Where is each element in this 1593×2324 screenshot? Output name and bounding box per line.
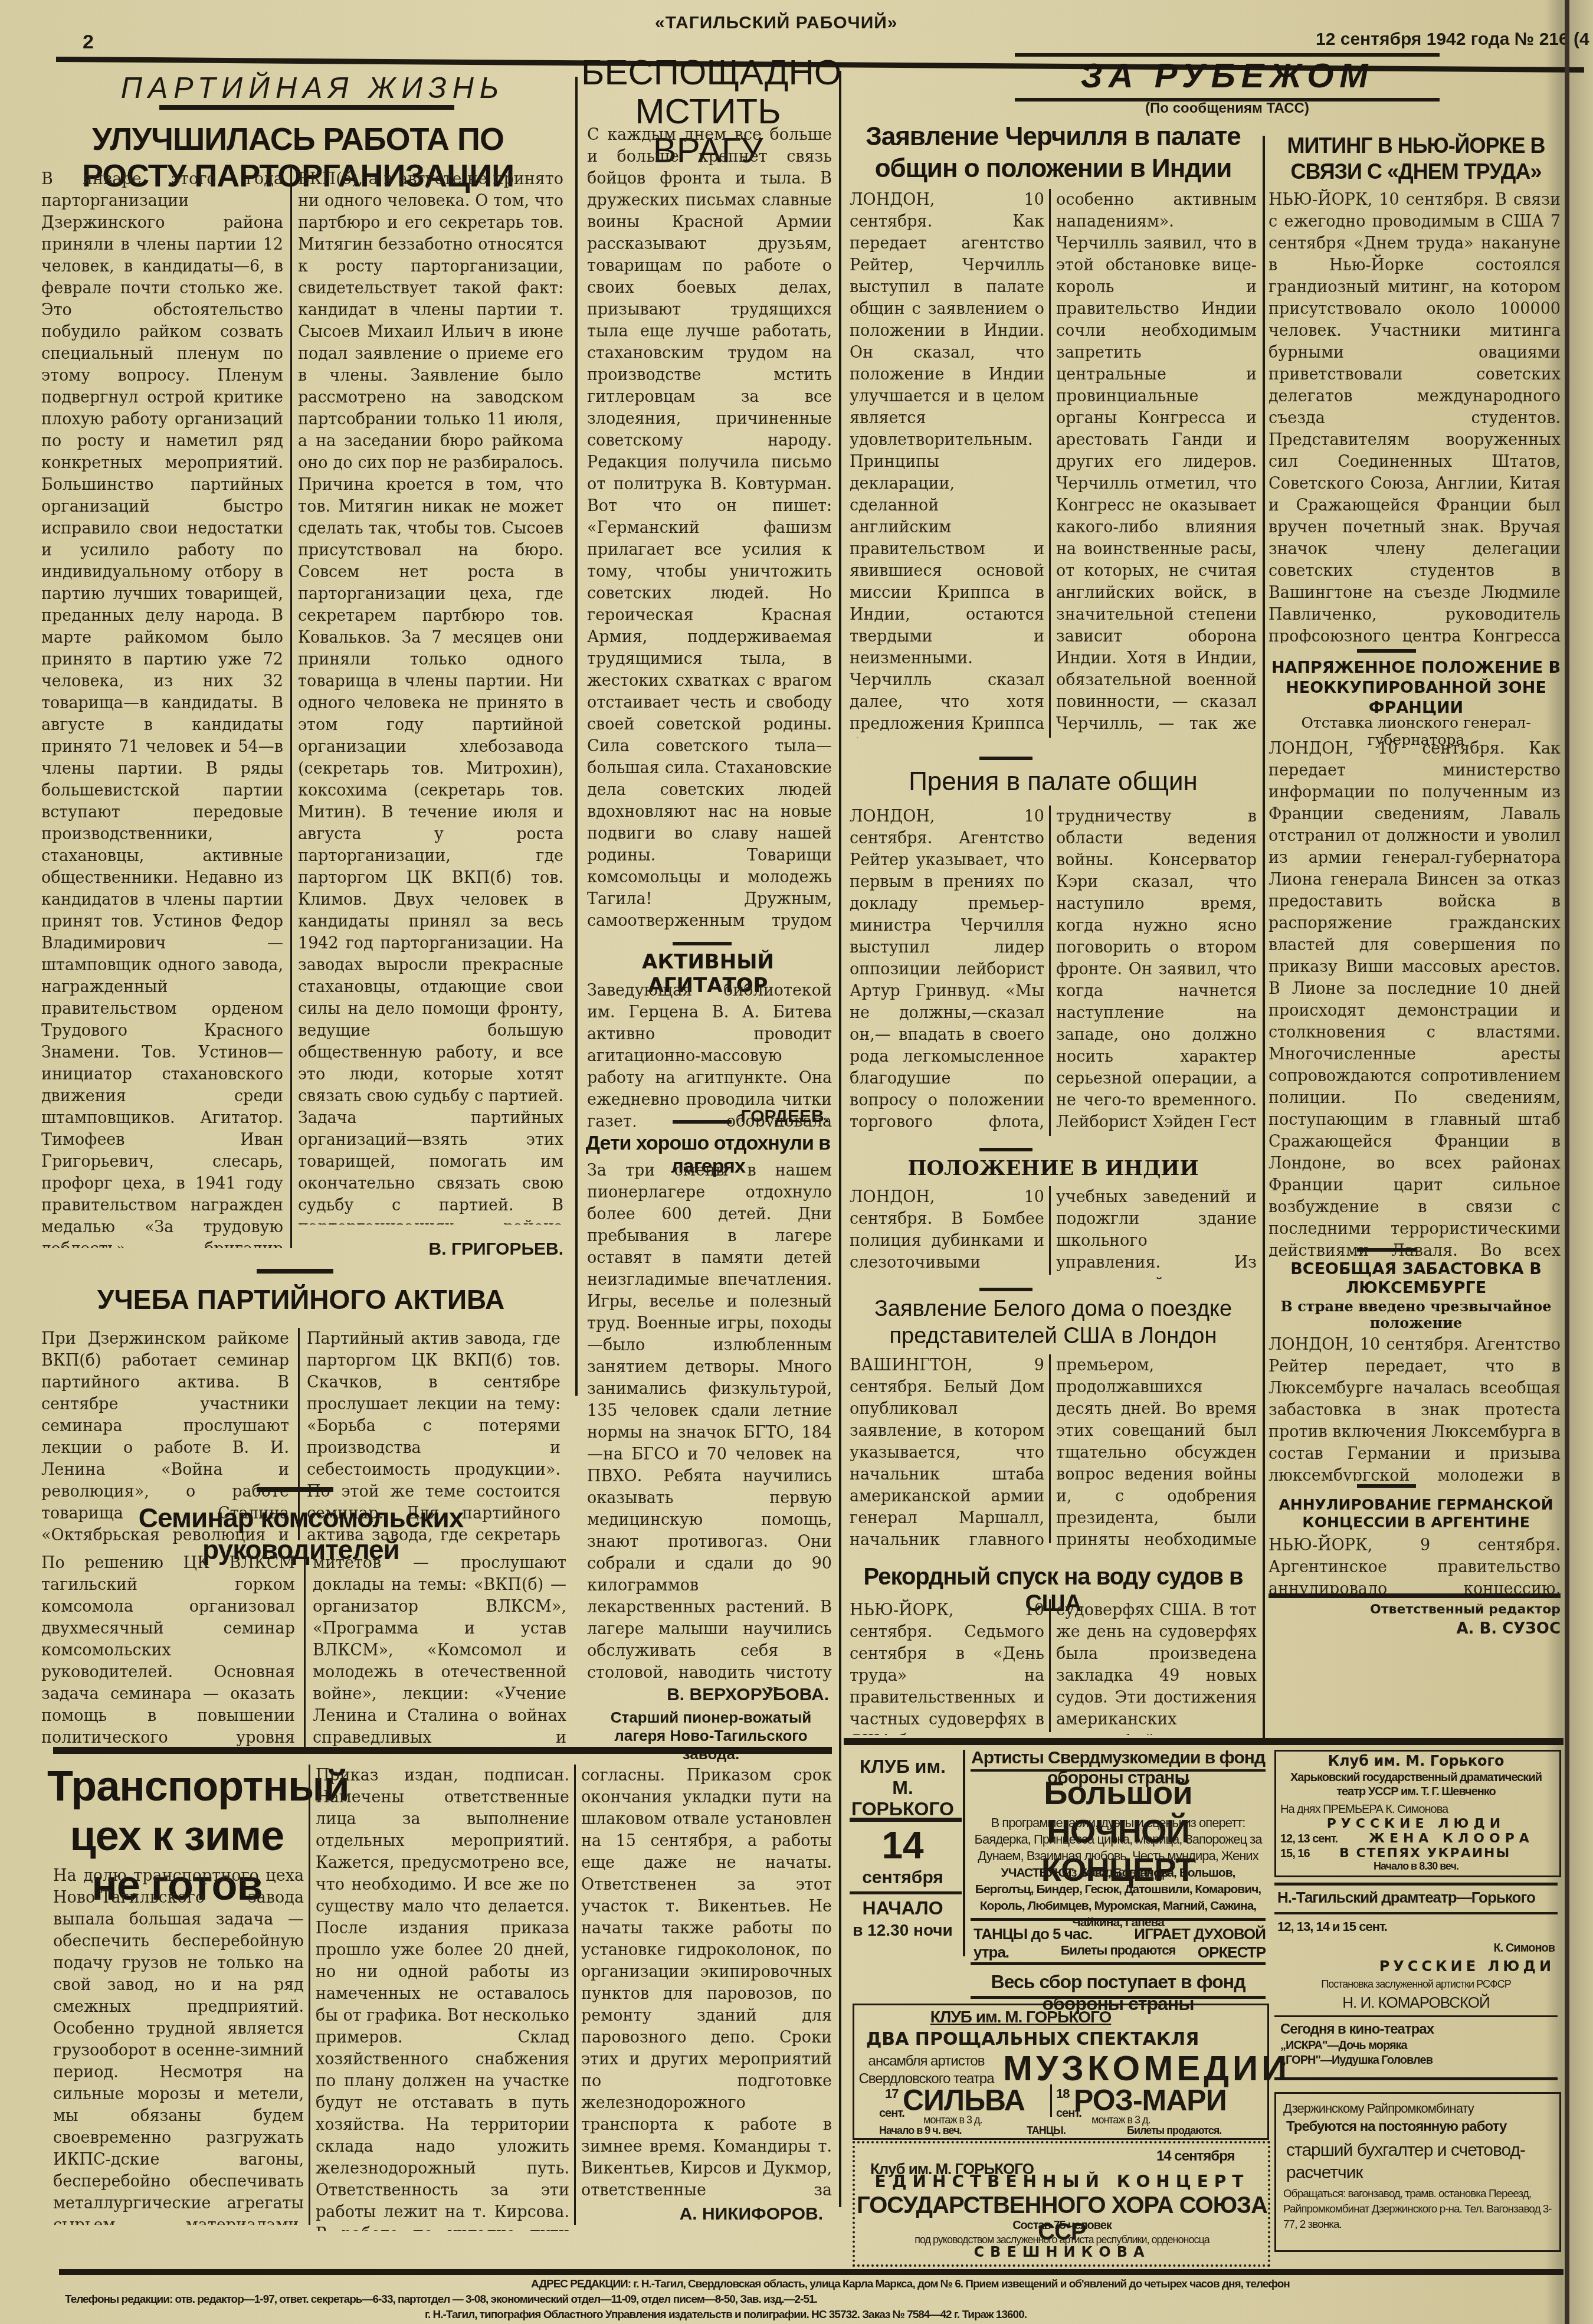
children-camp-body: За три смены в нашем пионерлагере отдохн…: [587, 1160, 832, 1691]
ad-kharkov-premiere-title: РУССКИЕ ЛЮДИ: [1277, 1816, 1555, 1831]
headline-debates: Прения в палате общин: [850, 767, 1257, 797]
section-rule: [1268, 1593, 1561, 1598]
article-divider: [979, 1148, 1032, 1151]
argentina-body: НЬЮ-ЙОРК, 9 сентября. Аргентинское прави…: [1268, 1534, 1561, 1593]
debates-col2: трудничеству в области ведения войны. Ко…: [1056, 806, 1257, 1136]
ad-muz-show2-name: РОЗ-МАРИ: [1074, 2083, 1227, 2117]
headline-france: НАПРЯЖЕННОЕ ПОЛОЖЕНИЕ В НЕОККУПИРОВАННОЙ…: [1268, 658, 1563, 718]
headline-white-house: Заявление Белого дома о поездке представ…: [850, 1295, 1257, 1350]
ad-concert-day: 14: [847, 1824, 959, 1867]
editor-label: Ответственный редактор: [1268, 1602, 1561, 1617]
paper-name: «ТАГИЛЬСКИЙ РАБОЧИЙ»: [655, 13, 897, 33]
article-divider: [979, 757, 1032, 760]
ad-choir-leader: СВЕШНИКОВА: [855, 2244, 1268, 2260]
ad-choir-title1: ЕДИНСТВЕННЫЙ КОНЦЕРТ: [855, 2172, 1268, 2191]
ad-kharkov-theatre: Харьковский государственный драматически…: [1277, 1770, 1555, 1799]
ad-concert-cast: УЧАСТВУЮТ: Бова, Богданова, Большов, Бер…: [973, 1865, 1263, 1931]
signature-grigoriev: В. ГРИГОРЬЕВ.: [298, 1239, 563, 1259]
ad-job-employer: Дзержинскому Райпромкомбинату: [1283, 2101, 1555, 2116]
column-divider: [1049, 1354, 1051, 1543]
section-rule: [844, 1738, 1563, 1745]
ad-concert-start-label: НАЧАЛО: [847, 1897, 959, 1919]
ad-muz-start: Начало в 9 ч. веч.: [879, 2125, 962, 2137]
komsomol-col1: По решению ЦК ВЛКСМ тагильский горком ко…: [41, 1552, 295, 1753]
ad-muz-title: ДВА ПРОЩАЛЬНЫХ СПЕКТАКЛЯ: [855, 2029, 1209, 2050]
ad-divider: [1050, 2084, 1052, 2117]
column-divider: [839, 71, 841, 2207]
footer-printer: г. Н.-Тагил, типография Областного Управ…: [425, 2309, 1546, 2322]
headline-ny-rally: МИТИНГ В НЬЮ-ЙОРКЕ В СВЯЗИ С «ДНЕМ ТРУДА…: [1268, 133, 1563, 185]
ad-job-contact: Обращаться: вагонзавод, трамв. остановка…: [1283, 2186, 1552, 2233]
ad-rule: [971, 1996, 1266, 1999]
ad-job-needed: Требуются на постоянную работу: [1286, 2119, 1555, 2135]
india-col1: ЛОНДОН, 10 сентября. В Бомбее полиция ду…: [850, 1186, 1044, 1281]
agitator-body: Заведующая библиотекой им. Герцена В. А.…: [587, 980, 832, 1127]
ad-rule: [850, 1818, 962, 1822]
column-divider: [574, 1765, 576, 2225]
ships-col2: судоверфях США. В тот же день на судовер…: [1056, 1599, 1257, 1735]
subhead-luxembourg: В стране введено чрезвычайное положение: [1268, 1298, 1563, 1331]
ad-rule: [850, 1891, 962, 1894]
ad-kharkov-club: Клуб им. М. Горького: [1277, 1753, 1555, 1769]
komsomol-col2: митетов — прослушают доклады на темы: «В…: [313, 1552, 566, 1753]
ad-rule: [971, 1918, 1266, 1921]
white-house-col1: ВАШИНГТОН, 9 сентября. Белый Дом опублик…: [850, 1354, 1044, 1549]
section-rule: [53, 1747, 832, 1754]
signature-verkhorubova: В. ВЕРХОРУБОВА.: [587, 1685, 829, 1705]
ad-cinema-line1: „ИСКРА"—Дочь моряка: [1280, 2039, 1558, 2053]
ny-rally-body: НЬЮ-ЙОРК, 10 сентября. В связи с ежегодн…: [1268, 189, 1561, 643]
ad-rule: [971, 1962, 1266, 1965]
ad-club-name: КЛУБ им. М. ГОРЬКОГО: [847, 1756, 959, 1819]
signature-nikiforov: А. НИКИФОРОВ.: [581, 2204, 823, 2224]
ad-kharkov-show1-title: ЖЕНА КЛООРА: [1369, 1831, 1534, 1846]
ad-muz-show2-day: 18: [1056, 2086, 1069, 2102]
page-fold: [1565, 0, 1569, 2324]
article-divider: [257, 1269, 333, 1274]
article-divider: [673, 942, 732, 945]
column-divider: [309, 1765, 310, 2225]
ad-concert-start-time: в 12.30 ночи: [847, 1921, 959, 1940]
france-body: ЛОНДОН, 10 сентября. Как передает минист…: [1268, 738, 1561, 1257]
ad-muz-show1-day: 17: [885, 2086, 898, 2102]
transport-col1: На долю транспортного цеха Ново-Тагильск…: [53, 1865, 304, 2225]
column-divider: [1049, 1599, 1051, 1732]
headline-india: ПОЛОЖЕНИЕ В ИНДИИ: [850, 1157, 1257, 1180]
ad-choir-date: 14 сентября: [1156, 2148, 1234, 2165]
tass-note: (По сообщениям ТАСС): [1015, 100, 1440, 117]
ad-rule: [971, 1769, 1266, 1772]
ad-kharkov-show2-dates: 15, 16: [1280, 1847, 1310, 1861]
ad-cinema-title: Сегодня в кино-театрах: [1280, 2021, 1558, 2038]
debates-col1: ЛОНДОН, 10 сентября. Агентство Рейтер ук…: [850, 806, 1044, 1136]
editor-name: А. В. СУЗОС: [1268, 1620, 1561, 1638]
ad-job-positions: старший бухгалтер и счетовод-расчетчик: [1286, 2139, 1552, 2184]
ad-kharkov-show2-title: В СТЕПЯХ УКРАИНЫ: [1339, 1846, 1510, 1861]
ad-concert-month: сентября: [847, 1868, 959, 1888]
party-growth-col2: ВКП(б), а в августе не принято ни одного…: [298, 168, 563, 1225]
footer-address: АДРЕС РЕДАКЦИИ: г. Н.-Тагил, Свердловска…: [531, 2278, 1563, 2291]
page-number: 2: [83, 31, 94, 54]
ad-kharkov-show1-dates: 12, 13 сент.: [1280, 1832, 1338, 1846]
white-house-col2: премьером, продолжавшихся десять дней. В…: [1056, 1354, 1257, 1549]
headline-churchill: Заявление Черчилля в палате общин о поло…: [850, 121, 1257, 185]
ad-muz-show1-name: СИЛЬВА: [903, 2083, 1025, 2117]
transport-col3: согласны. Приказом срок окончания укладк…: [581, 1765, 832, 2195]
headline-luxembourg: ВСЕОБЩАЯ ЗАБАСТОВКА В ЛЮКСЕМБУРГЕ: [1268, 1260, 1563, 1298]
headline-party-study: УЧЕБА ПАРТИЙНОГО АКТИВА: [41, 1284, 560, 1315]
ad-muz-club: КЛУБ им. М. ГОРЬКОГО: [855, 2008, 1186, 2027]
ad-drama-director-note: Постановка заслуженной артистки РСФСР: [1277, 1978, 1555, 1991]
ad-rule: [1274, 2015, 1558, 2017]
section-underline: [159, 105, 454, 110]
section-party-life: ПАРТИЙНАЯ ЖИЗНЬ: [71, 71, 555, 105]
column-divider: [1049, 1186, 1051, 1275]
churchill-col1: ЛОНДОН, 10 сентября. Как передает агентс…: [850, 189, 1044, 738]
ad-kharkov-start: Начало в 8.30 веч.: [1277, 1860, 1555, 1873]
ad-muz-tickets: Билеты продаются.: [1127, 2125, 1221, 2137]
issue-date: 12 сентября 1942 года № 216 (4: [1316, 30, 1589, 50]
column-divider: [290, 168, 292, 1248]
avenge-body: С каждым днем все больше и больше крепне…: [587, 124, 832, 932]
signature-role: Старший пионер-вожатый лагеря Ново-Тагил…: [587, 1708, 835, 1763]
ad-drama-play: РУССКИЕ ЛЮДИ: [1277, 1958, 1555, 1975]
ad-muz-show2-month: сент.: [1056, 2107, 1081, 2120]
column-divider: [1263, 136, 1265, 1741]
column-divider: [304, 1552, 306, 1747]
ad-muz-theatre: МУЗКОМЕДИИ: [1003, 2048, 1263, 2089]
luxembourg-body: ЛОНДОН, 10 сентября. Агентство Рейтер пе…: [1268, 1334, 1561, 1481]
ad-choir-size: Состав 75 человек: [855, 2219, 1268, 2233]
column-divider: [1049, 806, 1051, 1136]
headline-argentina: АННУЛИРОВАНИЕ ГЕРМАНСКОЙ КОНЦЕССИИ В АРГ…: [1268, 1496, 1563, 1531]
india-col2: учебных заведений и подожгли здание школ…: [1056, 1186, 1257, 1281]
ad-drama-author: К. Симонов: [1277, 1942, 1555, 1955]
article-divider: [979, 1288, 1032, 1291]
transport-col2: Приказ издан, подписан. Намечены ответст…: [316, 1765, 569, 2231]
ad-concert-tickets: Билеты продаются: [973, 1943, 1263, 1958]
ad-rule: [1274, 1912, 1558, 1914]
ad-muz-show1-month: сент.: [879, 2107, 904, 2120]
article-divider: [1357, 1248, 1416, 1252]
ad-muz-dances: ТАНЦЫ.: [1027, 2125, 1066, 2137]
ad-drama-title: Н.-Тагильский драмтеатр—Горького: [1277, 1888, 1558, 1907]
ad-rule: [1274, 1883, 1558, 1886]
ad-muz-ensemble: ансамбля артистов Свердловского театра: [855, 2053, 997, 2088]
article-divider: [257, 1487, 333, 1492]
ad-rule: [1274, 2077, 1558, 2080]
churchill-col2: особенно активным нападениям». Черчилль …: [1056, 189, 1257, 738]
article-divider: [1357, 649, 1416, 653]
ad-divider: [963, 1750, 965, 1956]
article-divider: [673, 1120, 732, 1124]
ad-kharkov-premiere: На днях ПРЕМЬЕРА К. Симонова: [1280, 1803, 1552, 1816]
column-divider: [1049, 189, 1051, 738]
ad-drama-dates: 12, 13, 14 и 15 сент.: [1277, 1919, 1387, 1935]
section-abroad: ЗА РУБЕЖОМ: [1015, 56, 1440, 96]
footer-rule: [59, 2269, 1563, 2275]
article-divider: [1357, 1484, 1416, 1488]
ad-drama-director: Н. И. КОМАРОВСКОЙ: [1277, 1994, 1555, 2012]
party-growth-col1: В январе этого года парторганизации Дзер…: [41, 168, 283, 1248]
column-divider: [575, 77, 578, 1396]
ships-col1: НЬЮ-ЙОРК, 10 сентября. Седьмого сентября…: [850, 1599, 1044, 1735]
ad-cinema-line2: „ГОРН"—Иудушка Головлев: [1280, 2054, 1558, 2067]
footer-phones: Телефоны редакции: отв. редактор—1-97, о…: [65, 2293, 1563, 2306]
